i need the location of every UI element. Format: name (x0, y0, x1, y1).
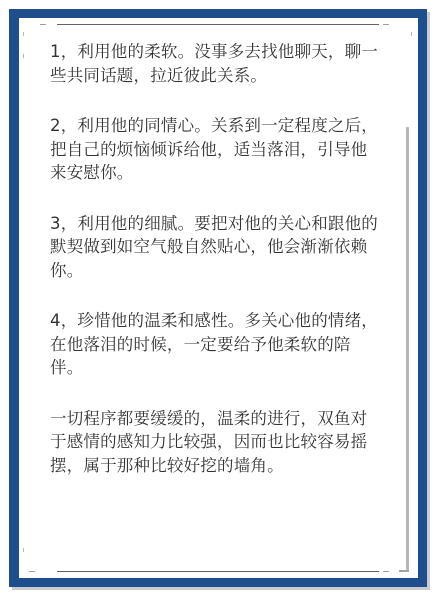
paragraph-3: 3，利用他的细腻。要把对他的关心和跟他的 默契做到如空气般自然贴心，他会渐渐依赖… (50, 212, 400, 283)
left-edge-mark (23, 32, 24, 36)
top-left-dash (40, 24, 46, 25)
top-right-dash (383, 24, 389, 25)
scrollbar-corner (399, 570, 409, 572)
bottom-right-dash (383, 571, 389, 572)
top-divider-line (57, 24, 379, 25)
article-body: 1，利用他的柔软。没事多去找他聊天，聊一 些共同话题，拉近彼此关系。 2，利用他… (50, 40, 400, 504)
paragraph-5: 一切程序都要缓缓的，温柔的进行，双鱼对 于感情的感知力比较强，因而也比较容易摇 … (50, 407, 400, 478)
paragraph-2: 2，利用他的同情心。关系到一定程度之后， 把自己的烦恼倾诉给他，适当落泪，引导他… (50, 114, 400, 185)
right-edge-mark (411, 32, 412, 36)
left-edge-mark (23, 548, 24, 552)
bottom-left-dash (29, 571, 35, 572)
content-panel: 1，利用他的柔软。没事多去找他聊天，聊一 些共同话题，拉近彼此关系。 2，利用他… (19, 18, 418, 578)
paragraph-4: 4，珍惜他的温柔和感性。多关心他的情绪， 在他落泪的时候，一定要给予他柔软的陪 … (50, 309, 400, 380)
paragraph-1: 1，利用他的柔软。没事多去找他聊天，聊一 些共同话题，拉近彼此关系。 (50, 40, 400, 87)
bottom-divider-line (57, 571, 379, 572)
left-edge-mark (23, 54, 24, 58)
scrollbar[interactable] (406, 127, 409, 570)
